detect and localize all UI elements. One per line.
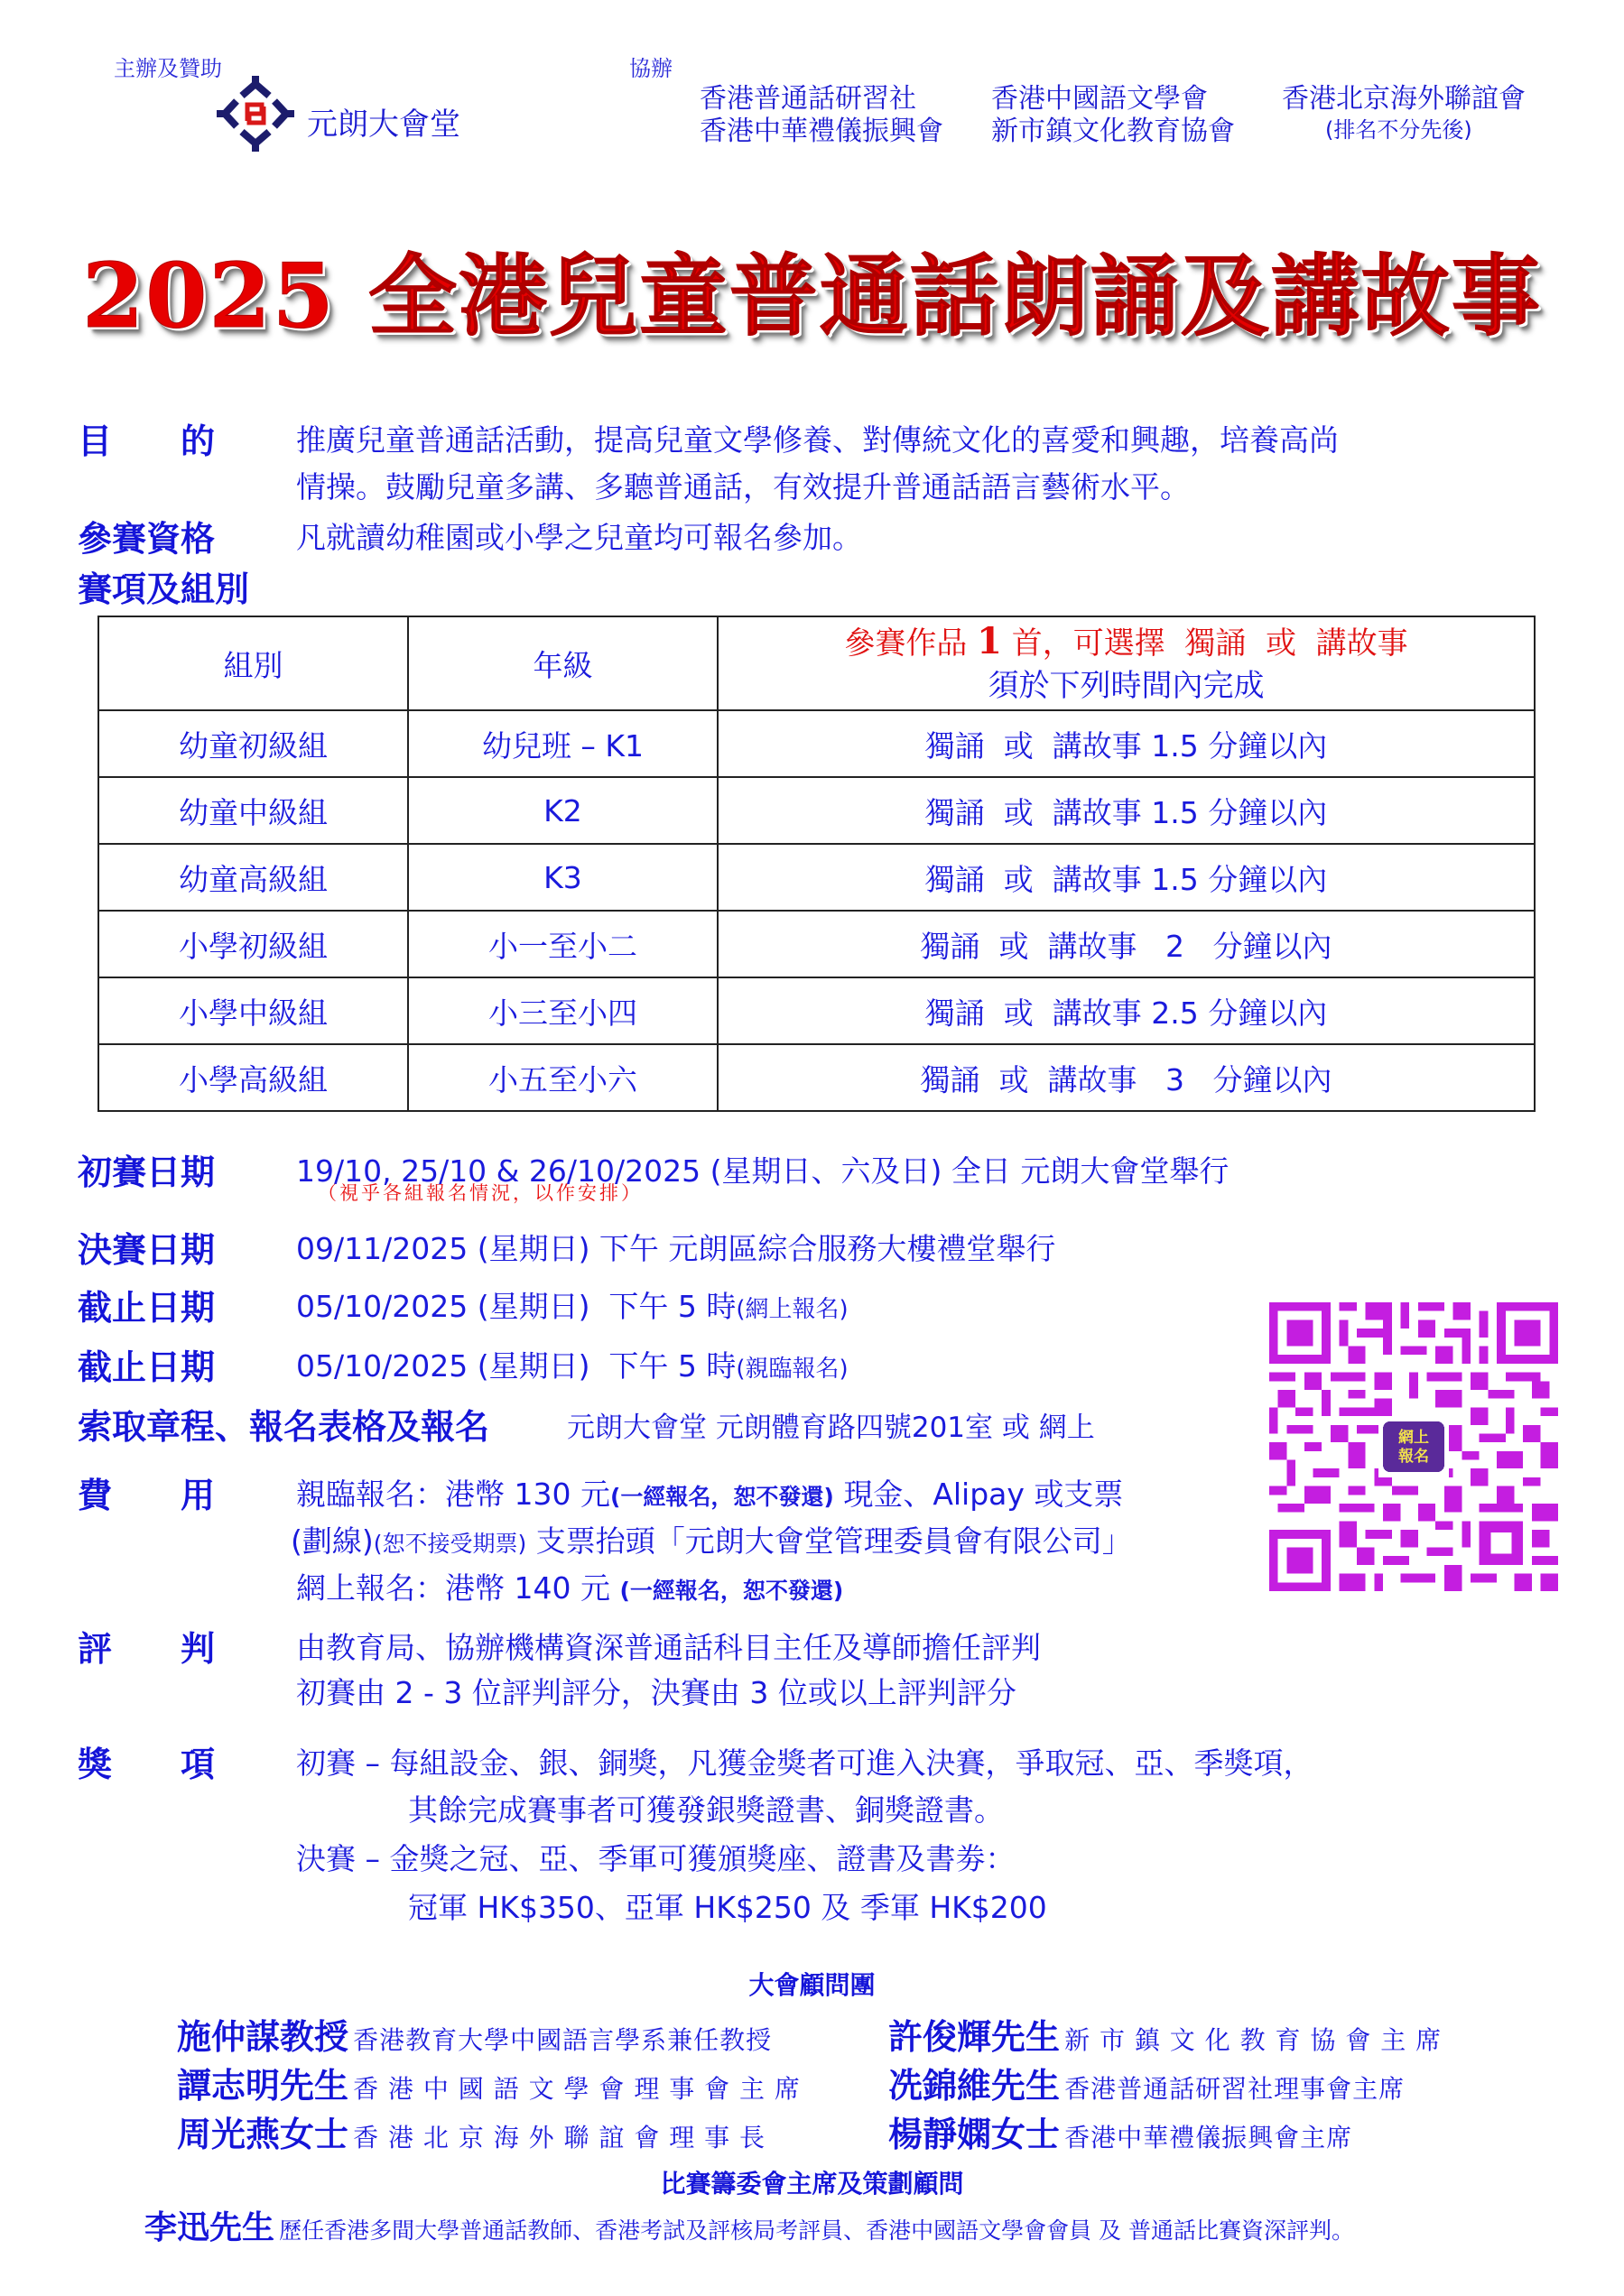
advisor-name: 譚志明先生	[177, 2066, 348, 2106]
advisors-heading: 大會顧問團	[0, 1966, 1624, 2002]
advisor-title: 香 港 中 國 語 文 學 會 理 事 會 主 席	[353, 2074, 801, 2104]
cell-requirement: 獨誦 或 講故事 1.5 分鐘以內	[718, 777, 1535, 844]
chair-title: 歷任香港多間大學普通話教師、香港考試及評核局考評員、香港中國語文學會會員 及 普…	[279, 2217, 1354, 2244]
enrollment-label: 索取章程、報名表格及報名	[78, 1399, 489, 1449]
cell-group: 小學初級組	[98, 911, 408, 977]
awards-text-line: 決賽 – 金獎之冠、亞、季軍可獲頒獎座、證書及書劵：	[296, 1836, 1015, 1878]
advisor-entry: 施仲謀教授 香港教育大學中國語言學系兼任教授	[177, 2009, 772, 2059]
table-row: 幼童高級組 K3 獨誦 或 講故事 1.5 分鐘以內	[98, 844, 1535, 911]
cell-grade: 小五至小六	[408, 1044, 718, 1111]
requirement-note: 參賽作品 1 首，可選擇 獨誦 或 講故事	[719, 620, 1534, 665]
deadline-inperson-text: 05/10/2025 (星期日) 下午 5 時(親臨報名)	[296, 1343, 849, 1385]
deadline-online-note: (網上報名)	[736, 1296, 848, 1323]
advisor-name: 楊靜嫻女士	[888, 2115, 1060, 2154]
cell-group: 幼童高級組	[98, 844, 408, 911]
cell-group: 小學中級組	[98, 977, 408, 1044]
awards-text-line: 其餘完成賽事者可獲發銀獎證書、銅獎證書。	[408, 1787, 1004, 1829]
purpose-label: 目 的	[78, 413, 215, 463]
fees-line: (劃線)(恕不接受期票) 支票抬頭「元朗大會堂管理委員會有限公司」	[291, 1518, 1132, 1560]
deadline-inperson-datetime: 05/10/2025 (星期日) 下午 5 時	[296, 1348, 736, 1384]
cell-grade: K3	[408, 844, 718, 911]
requirement-suffix: 首，可選擇 獨誦 或 講故事	[1012, 625, 1408, 662]
purpose-text-line: 情操。鼓勵兒童多講、多聽普通話，有效提升普通話語言藝術水平。	[296, 464, 1190, 506]
deadline-online-datetime: 05/10/2025 (星期日) 下午 5 時	[296, 1289, 736, 1324]
cell-group: 小學高級組	[98, 1044, 408, 1111]
cell-requirement: 獨誦 或 講故事 1.5 分鐘以內	[718, 844, 1535, 911]
fee-crossed-cheque: (劃線)	[291, 1523, 374, 1559]
table-row: 幼童中級組 K2 獨誦 或 講故事 1.5 分鐘以內	[98, 777, 1535, 844]
requirement-subnote: 須於下列時間內完成	[719, 665, 1534, 707]
advisor-name: 周光燕女士	[177, 2115, 348, 2154]
table-header-row: 組別 年級 參賽作品 1 首，可選擇 獨誦 或 講故事 須於下列時間內完成	[98, 616, 1535, 710]
co-organizer-note: (排名不分先後)	[1325, 112, 1472, 143]
judging-text-line: 由教育局、協辦機構資深普通話科目主任及導師擔任評判	[296, 1625, 1041, 1667]
table-row: 小學初級組 小一至小二 獨誦 或 講故事 2 分鐘以內	[98, 911, 1535, 977]
table-row: 小學中級組 小三至小四 獨誦 或 講故事 2.5 分鐘以內	[98, 977, 1535, 1044]
advisor-title: 新 市 鎮 文 化 教 育 協 會 主 席	[1064, 2025, 1442, 2055]
qr-badge-line: 網上	[1393, 1429, 1434, 1448]
cell-requirement: 獨誦 或 講故事 1.5 分鐘以內	[718, 710, 1535, 777]
cell-requirement: 獨誦 或 講故事 2 分鐘以內	[718, 911, 1535, 977]
host-org-name: 元朗大會堂	[307, 99, 460, 143]
qr-badge-line: 報名	[1393, 1448, 1434, 1467]
co-organizer-label: 協辦	[629, 51, 673, 82]
advisor-name: 施仲謀教授	[177, 2017, 348, 2057]
fee-inperson: 親臨報名：港幣 130 元	[296, 1477, 610, 1512]
enrollment-text: 元朗大會堂 元朗體育路四號201室 或 網上	[567, 1404, 1095, 1445]
header-grade: 年級	[408, 616, 718, 710]
advisor-name: 冼錦維先生	[888, 2066, 1060, 2106]
advisor-title: 香港普通話研習社理事會主席	[1064, 2074, 1405, 2104]
advisor-entry: 許俊輝先生 新 市 鎮 文 化 教 育 協 會 主 席	[888, 2009, 1442, 2059]
fee-payment-methods: 現金、Alipay 或支票	[834, 1477, 1124, 1512]
chair-heading: 比賽籌委會主席及策劃顧問	[0, 2164, 1624, 2200]
final-date-label: 決賽日期	[78, 1222, 215, 1272]
advisor-entry: 周光燕女士 香 港 北 京 海 外 聯 誼 會 理 事 長	[177, 2106, 766, 2156]
advisor-entry: 楊靜嫻女士 香港中華禮儀振興會主席	[888, 2106, 1352, 2156]
cell-grade: 小三至小四	[408, 977, 718, 1044]
yuen-long-town-hall-logo-icon	[215, 74, 296, 153]
competition-table: 組別 年級 參賽作品 1 首，可選擇 獨誦 或 講故事 須於下列時間內完成 幼童…	[97, 616, 1536, 1112]
cell-grade: 小一至小二	[408, 911, 718, 977]
awards-text-line: 初賽 – 每組設金、銀、銅獎，凡獲金獎者可進入決賽，爭取冠、亞、季獎項，	[296, 1740, 1313, 1782]
host-label: 主辦及贊助	[114, 51, 222, 82]
fee-cheque-payee: 支票抬頭「元朗大會堂管理委員會有限公司」	[526, 1523, 1132, 1559]
deadline-online-text: 05/10/2025 (星期日) 下午 5 時(網上報名)	[296, 1283, 849, 1326]
advisor-title: 香港教育大學中國語言學系兼任教授	[353, 2025, 772, 2055]
deadline-inperson-note: (親臨報名)	[736, 1356, 848, 1383]
fees-label: 費 用	[78, 1467, 215, 1517]
co-organizer: 香港中華禮儀振興會	[700, 108, 943, 148]
cell-group: 幼童初級組	[98, 710, 408, 777]
categories-label: 賽項及組別	[78, 561, 249, 611]
advisor-entry: 冼錦維先生 香港普通話研習社理事會主席	[888, 2058, 1405, 2107]
deadline-inperson-label: 截止日期	[78, 1339, 215, 1389]
eligibility-label: 參賽資格	[78, 511, 215, 560]
awards-prize-amounts: 冠軍 HK$350、亞軍 HK$250 及 季軍 HK$200	[408, 1884, 1047, 1927]
fee-online: 網上報名：港幣 140 元	[296, 1570, 619, 1606]
header-requirement: 參賽作品 1 首，可選擇 獨誦 或 講故事 須於下列時間內完成	[718, 616, 1535, 710]
page-title: 2025 全港兒童普通話朗誦及講故事	[0, 226, 1624, 353]
advisor-name: 許俊輝先生	[888, 2017, 1060, 2057]
fee-nonrefundable-note: (一經報名，恕不發還)	[619, 1578, 843, 1604]
fees-line: 親臨報名：港幣 130 元(一經報名，恕不發還) 現金、Alipay 或支票	[296, 1471, 1123, 1514]
cell-grade: K2	[408, 777, 718, 844]
purpose-text-line: 推廣兒童普通話活動，提高兒童文學修養、對傳統文化的喜愛和興趣，培養高尚	[296, 417, 1339, 459]
awards-label: 獎 項	[78, 1736, 215, 1786]
requirement-count: 1	[977, 620, 1002, 662]
eligibility-text: 凡就讀幼稚園或小學之兒童均可報名參加。	[296, 514, 862, 557]
advisor-title: 香港中華禮儀振興會主席	[1064, 2123, 1352, 2152]
online-registration-qr-code[interactable]: 網上 報名	[1269, 1302, 1558, 1591]
chair-entry: 李迅先生 歷任香港多間大學普通話教師、香港考試及評核局考評員、香港中國語文學會會…	[144, 2202, 1354, 2248]
requirement-prefix: 參賽作品	[844, 625, 967, 662]
final-date-text: 09/11/2025 (星期日) 下午 元朗區綜合服務大樓禮堂舉行	[296, 1226, 1055, 1268]
cell-group: 幼童中級組	[98, 777, 408, 844]
advisor-title: 香 港 北 京 海 外 聯 誼 會 理 事 長	[353, 2123, 766, 2152]
qr-badge: 網上 報名	[1393, 1429, 1434, 1467]
fee-nonrefundable-note: (一經報名，恕不發還)	[610, 1484, 834, 1510]
chair-name: 李迅先生	[144, 2209, 274, 2246]
deadline-online-label: 截止日期	[78, 1280, 215, 1329]
fee-no-postdated-note: (恕不接受期票)	[374, 1531, 527, 1557]
co-organizer: 新市鎮文化教育協會	[991, 108, 1235, 148]
advisor-entry: 譚志明先生 香 港 中 國 語 文 學 會 理 事 會 主 席	[177, 2058, 801, 2107]
judging-text-line: 初賽由 2 - 3 位評判評分，決賽由 3 位或以上評判評分	[296, 1670, 1016, 1712]
table-row: 幼童初級組 幼兒班 – K1 獨誦 或 講故事 1.5 分鐘以內	[98, 710, 1535, 777]
cell-grade: 幼兒班 – K1	[408, 710, 718, 777]
header-group: 組別	[98, 616, 408, 710]
fees-line: 網上報名：港幣 140 元 (一經報名，恕不發還)	[296, 1565, 843, 1607]
table-row: 小學高級組 小五至小六 獨誦 或 講故事 3 分鐘以內	[98, 1044, 1535, 1111]
cell-requirement: 獨誦 或 講故事 3 分鐘以內	[718, 1044, 1535, 1111]
co-organizer: 香港北京海外聯誼會	[1282, 76, 1526, 116]
judging-label: 評 判	[78, 1621, 215, 1671]
prelim-date-note: （視乎各組報名情況，以作安排）	[318, 1179, 643, 1206]
prelim-date-label: 初賽日期	[78, 1144, 215, 1194]
cell-requirement: 獨誦 或 講故事 2.5 分鐘以內	[718, 977, 1535, 1044]
